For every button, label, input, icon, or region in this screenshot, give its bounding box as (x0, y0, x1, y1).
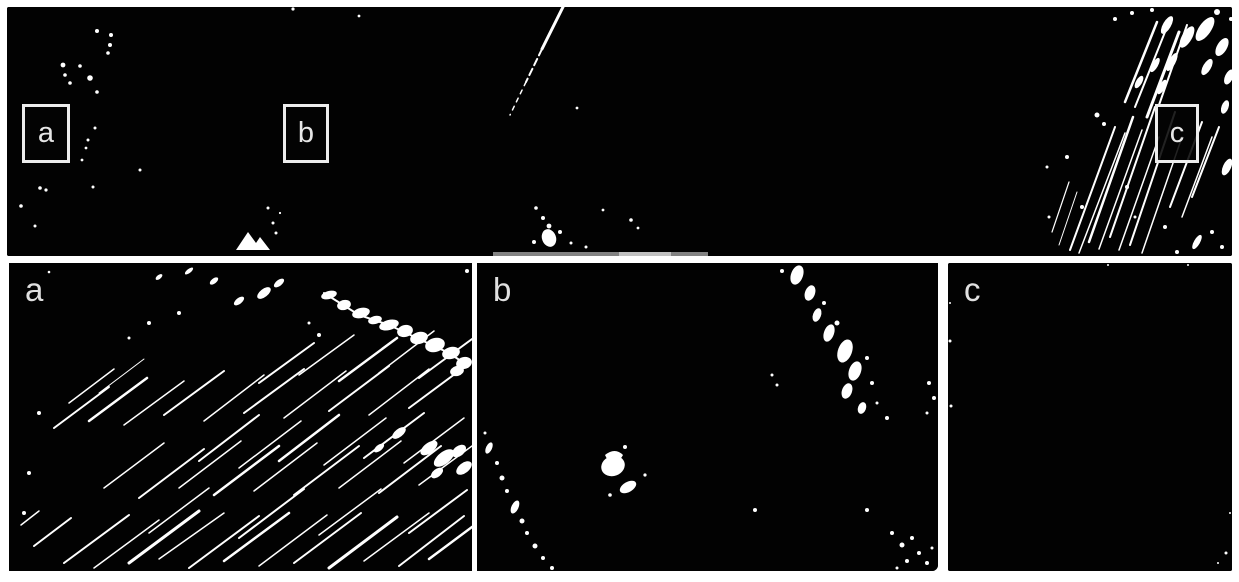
panel-c-micrograph: c (948, 263, 1232, 571)
panel-b-micrograph: b (477, 263, 938, 571)
roi-label-a: a (38, 119, 54, 148)
roi-box-a: a (22, 104, 70, 163)
panel-a-micrograph: a (9, 263, 472, 571)
panel-b-label: b (493, 273, 511, 306)
panel-a-label: a (25, 273, 43, 306)
panel-b-texture (477, 263, 938, 571)
roi-label-c: c (1170, 119, 1185, 148)
panel-c-texture (948, 263, 1232, 571)
panel-c-label: c (964, 273, 981, 306)
roi-box-b: b (283, 104, 329, 163)
panorama-texture (7, 7, 1232, 256)
grey-strip (493, 252, 708, 256)
roi-box-c: c (1155, 104, 1199, 163)
panel-a-texture (9, 263, 472, 571)
roi-label-b: b (298, 119, 314, 148)
figure-canvas: a b c (0, 0, 1239, 582)
panorama-micrograph: a b c (7, 7, 1232, 256)
